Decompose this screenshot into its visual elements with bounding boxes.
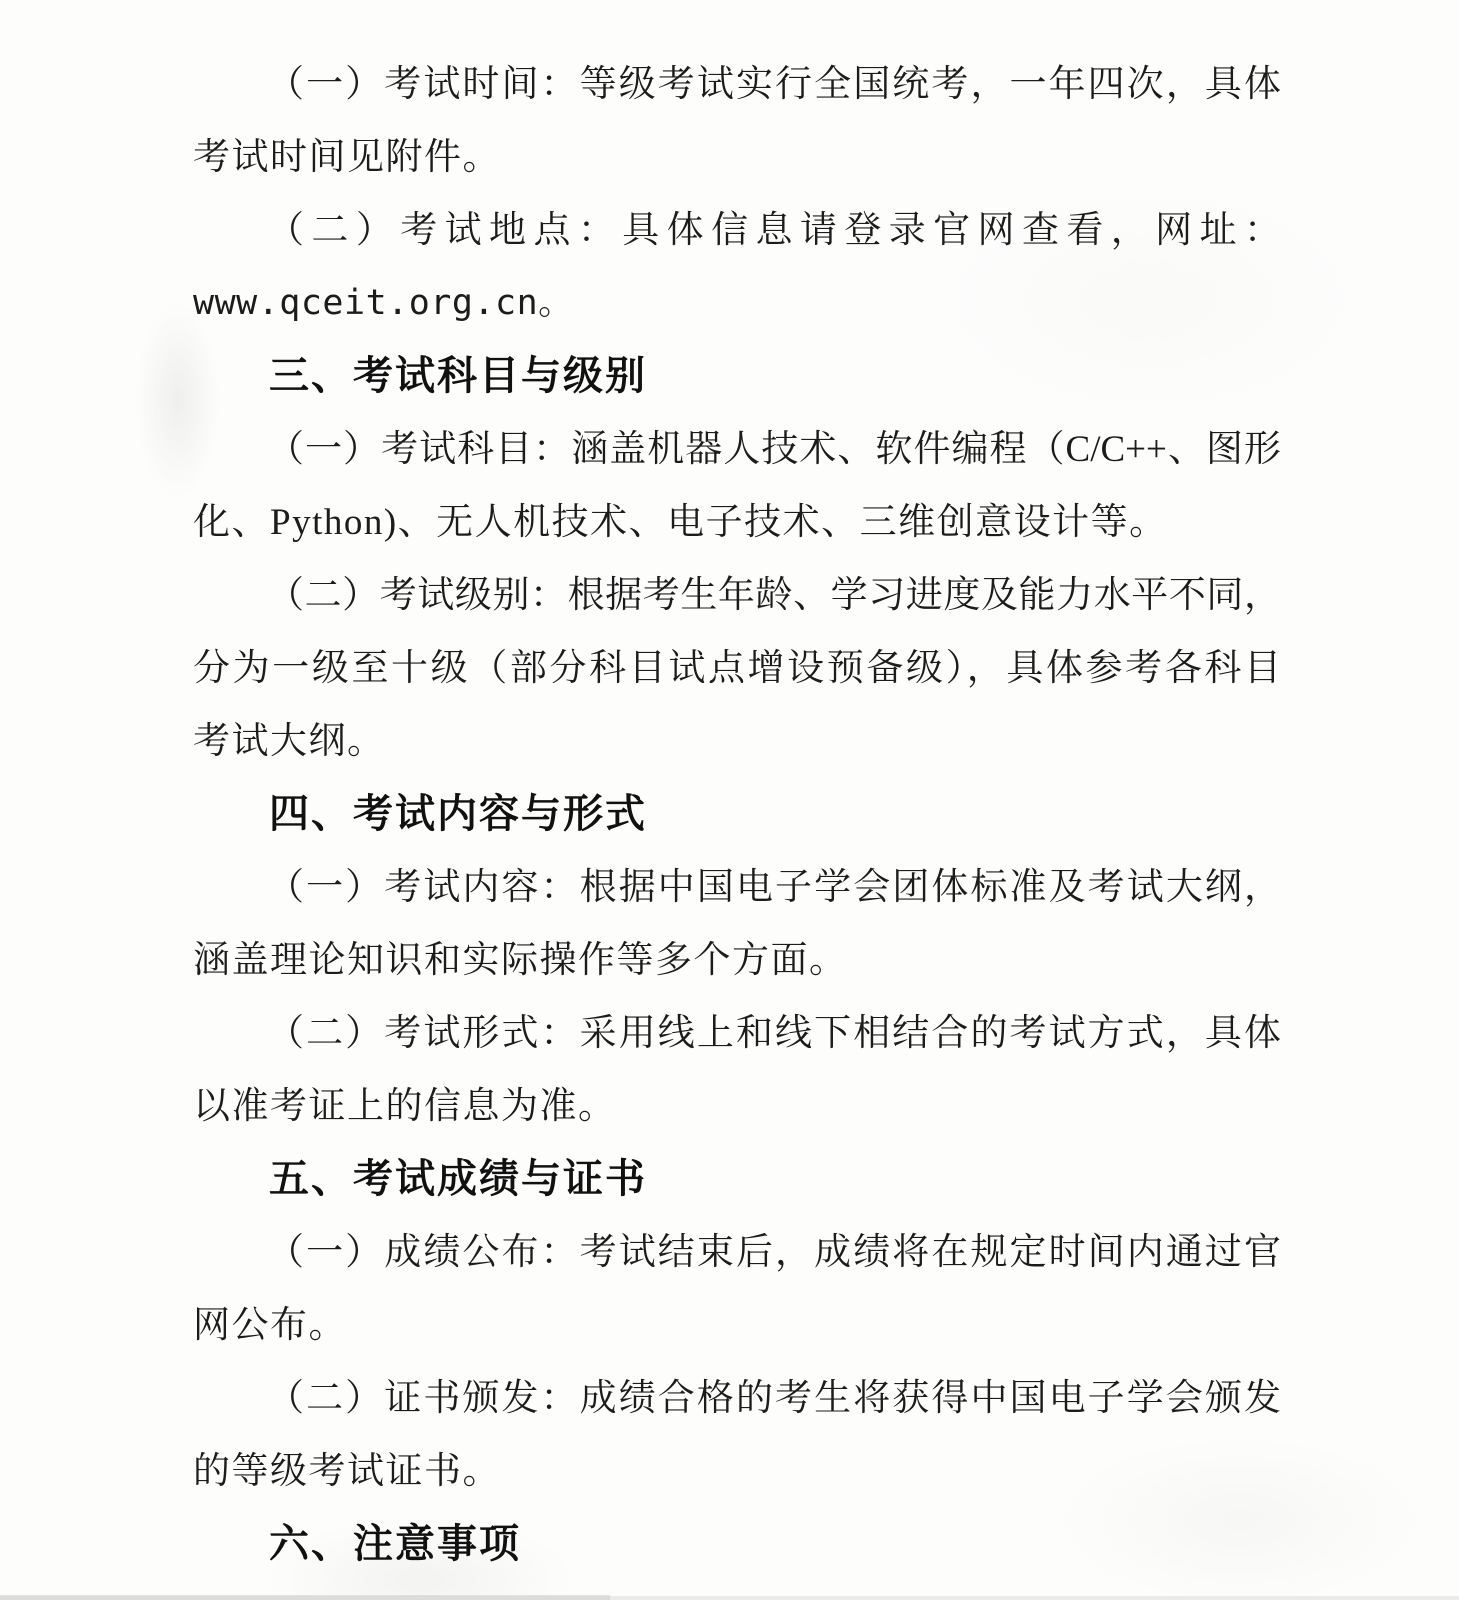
para-exam-content-line-1: （一）考试内容：根据中国电子学会团体标准及考试大纲， <box>193 851 1281 924</box>
para-certificate-line-1: （二）证书颁发：成绩合格的考生将获得中国电子学会颁发 <box>193 1362 1281 1435</box>
heading-section-4: 四、考试内容与形式 <box>193 778 1281 851</box>
para-exam-levels-line-1: （二）考试级别：根据考生年龄、学习进度及能力水平不同， <box>193 559 1281 632</box>
para-certificate-line-2: 的等级考试证书。 <box>193 1435 1281 1508</box>
para-exam-content-line-2: 涵盖理论知识和实际操作等多个方面。 <box>193 924 1281 997</box>
document-page: （一）考试时间：等级考试实行全国统考，一年四次，具体 考试时间见附件。 （二）考… <box>0 0 1459 1600</box>
text-block: （一）考试时间：等级考试实行全国统考，一年四次，具体 考试时间见附件。 （二）考… <box>193 48 1281 1581</box>
para-exam-format-line-1: （二）考试形式：采用线上和线下相结合的考试方式，具体 <box>193 997 1281 1070</box>
heading-section-5: 五、考试成绩与证书 <box>193 1143 1281 1216</box>
scan-artifact <box>0 1595 610 1600</box>
para-score-release-line-2: 网公布。 <box>193 1289 1281 1362</box>
para-exam-levels-line-3: 考试大纲。 <box>193 705 1281 778</box>
para-exam-subjects-line-2: 化、Python)、无人机技术、电子技术、三维创意设计等。 <box>193 486 1281 559</box>
para-exam-levels-line-2: 分为一级至十级（部分科目试点增设预备级），具体参考各科目 <box>193 632 1281 705</box>
para-exam-format-line-2: 以准考证上的信息为准。 <box>193 1070 1281 1143</box>
para-score-release-line-1: （一）成绩公布：考试结束后，成绩将在规定时间内通过官 <box>193 1216 1281 1289</box>
para-exam-location-line-1: （二）考试地点：具体信息请登录官网查看，网址： <box>193 194 1281 267</box>
para-exam-time-line-1: （一）考试时间：等级考试实行全国统考，一年四次，具体 <box>193 48 1281 121</box>
official-website-url: www.qceit.org.cn。 <box>193 267 1281 340</box>
para-exam-subjects-line-1: （一）考试科目：涵盖机器人技术、软件编程（C/C++、图形 <box>193 413 1281 486</box>
heading-section-6: 六、注意事项 <box>193 1508 1281 1581</box>
para-exam-time-line-2: 考试时间见附件。 <box>193 121 1281 194</box>
heading-section-3: 三、考试科目与级别 <box>193 340 1281 413</box>
